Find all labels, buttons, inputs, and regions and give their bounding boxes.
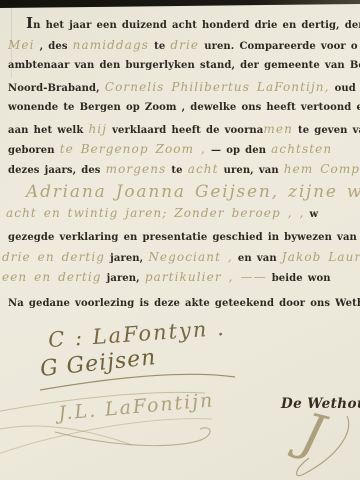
handwritten-text: drie <box>170 38 199 52</box>
printed-text: geboren <box>8 145 60 156</box>
signature-flourish <box>0 419 212 455</box>
printed-text: uren. Compareerde voor o <box>199 41 357 52</box>
signature-flourish <box>55 428 210 446</box>
document-line: Mei , des namiddags te drie uren. Compar… <box>8 38 358 52</box>
handwritten-text: Adriana Joanna Geijsen, zijne wet <box>26 182 360 202</box>
scan-top-edge <box>0 0 360 8</box>
handwritten-text: hem Compa <box>284 162 360 176</box>
document-line: ambtenaar van den burgerlyken stand, der… <box>8 60 360 71</box>
document-line: aan het welk hij verklaard heeft de voor… <box>8 122 360 136</box>
printed-text: te <box>166 165 187 176</box>
handwritten-text: hij <box>88 122 107 136</box>
printed-text: te geven van <box>293 125 360 136</box>
handwritten-text: namiddags <box>73 38 149 52</box>
signature-flourish <box>0 426 132 445</box>
printed-text: oud <box>330 83 360 94</box>
document-line: acht en twintig jaren; Zonder beroep , ,… <box>6 206 318 220</box>
handwritten-text: een en dertig <box>2 270 102 284</box>
document-line: In het jaar een duizend acht honderd dri… <box>26 17 360 31</box>
handwritten-text: men <box>263 122 293 136</box>
printed-text: beide won <box>267 273 331 284</box>
printed-text: gezegde verklaring en presentatie geschi… <box>8 232 360 243</box>
handwritten-text: drie en dertig <box>2 250 105 264</box>
printed-text: ambtenaar van den burgerlyken stand, der… <box>8 60 360 71</box>
document-line: Adriana Joanna Geijsen, zijne wet <box>26 182 360 202</box>
document-line: Na gedane voorlezing is deze akte geteek… <box>8 298 360 309</box>
printed-text: verklaard heeft de voorna <box>107 125 263 136</box>
handwritten-text: acht en twintig jaren; Zonder beroep , , <box>6 206 304 220</box>
handwritten-text: morgens <box>106 162 167 176</box>
printed-text: en van <box>233 253 282 264</box>
printed-text: , des <box>35 41 73 52</box>
printed-text: uren, van <box>219 165 284 176</box>
document-line: dezes jaars, des morgens te acht uren, v… <box>8 162 360 176</box>
printed-text: Noord-Braband, <box>8 83 105 94</box>
document-line: wonende te Bergen op Zoom , dewelke ons … <box>8 102 360 113</box>
document-line: geboren te Bergenop Zoom , — op den acht… <box>8 142 332 156</box>
handwritten-text: Mei <box>8 38 35 52</box>
document-line: drie en dertig jaren, Negociant , en van… <box>2 250 360 264</box>
printed-text: jaren, <box>102 273 145 284</box>
printed-text: n het jaar een duizend acht honderd drie… <box>33 20 360 31</box>
document-page: In het jaar een duizend acht honderd dri… <box>0 0 360 480</box>
handwritten-text: te Bergenop Zoom , <box>60 142 206 156</box>
handwritten-text: achtsten <box>271 142 332 156</box>
handwritten-text: Cornelis Philibertus LaFontijn, <box>105 80 330 94</box>
printed-text: w <box>304 209 318 220</box>
printed-text: wonende te Bergen op Zoom , dewelke ons … <box>8 102 360 113</box>
printed-text: aan het welk <box>8 125 88 136</box>
printed-text: — op den <box>206 145 271 156</box>
signature-jl-lafontijn: J.L. LaFontijn <box>57 389 215 425</box>
handwritten-text: acht <box>188 162 219 176</box>
printed-text: te <box>149 41 170 52</box>
document-line: Noord-Braband, Cornelis Philibertus LaFo… <box>8 80 360 94</box>
printed-text: dezes jaars, des <box>8 165 106 176</box>
handwritten-text: Jakob Laur <box>282 250 360 264</box>
document-line: een en dertig jaren, partikulier , —— be… <box>2 270 331 284</box>
document-line: gezegde verklaring en presentatie geschi… <box>8 229 360 243</box>
handwritten-text: partikulier , —— <box>145 270 267 284</box>
handwritten-text: Negociant , <box>148 250 233 264</box>
printed-text: Na gedane voorlezing is deze akte geteek… <box>8 298 360 309</box>
printed-text: jaren, <box>105 253 148 264</box>
